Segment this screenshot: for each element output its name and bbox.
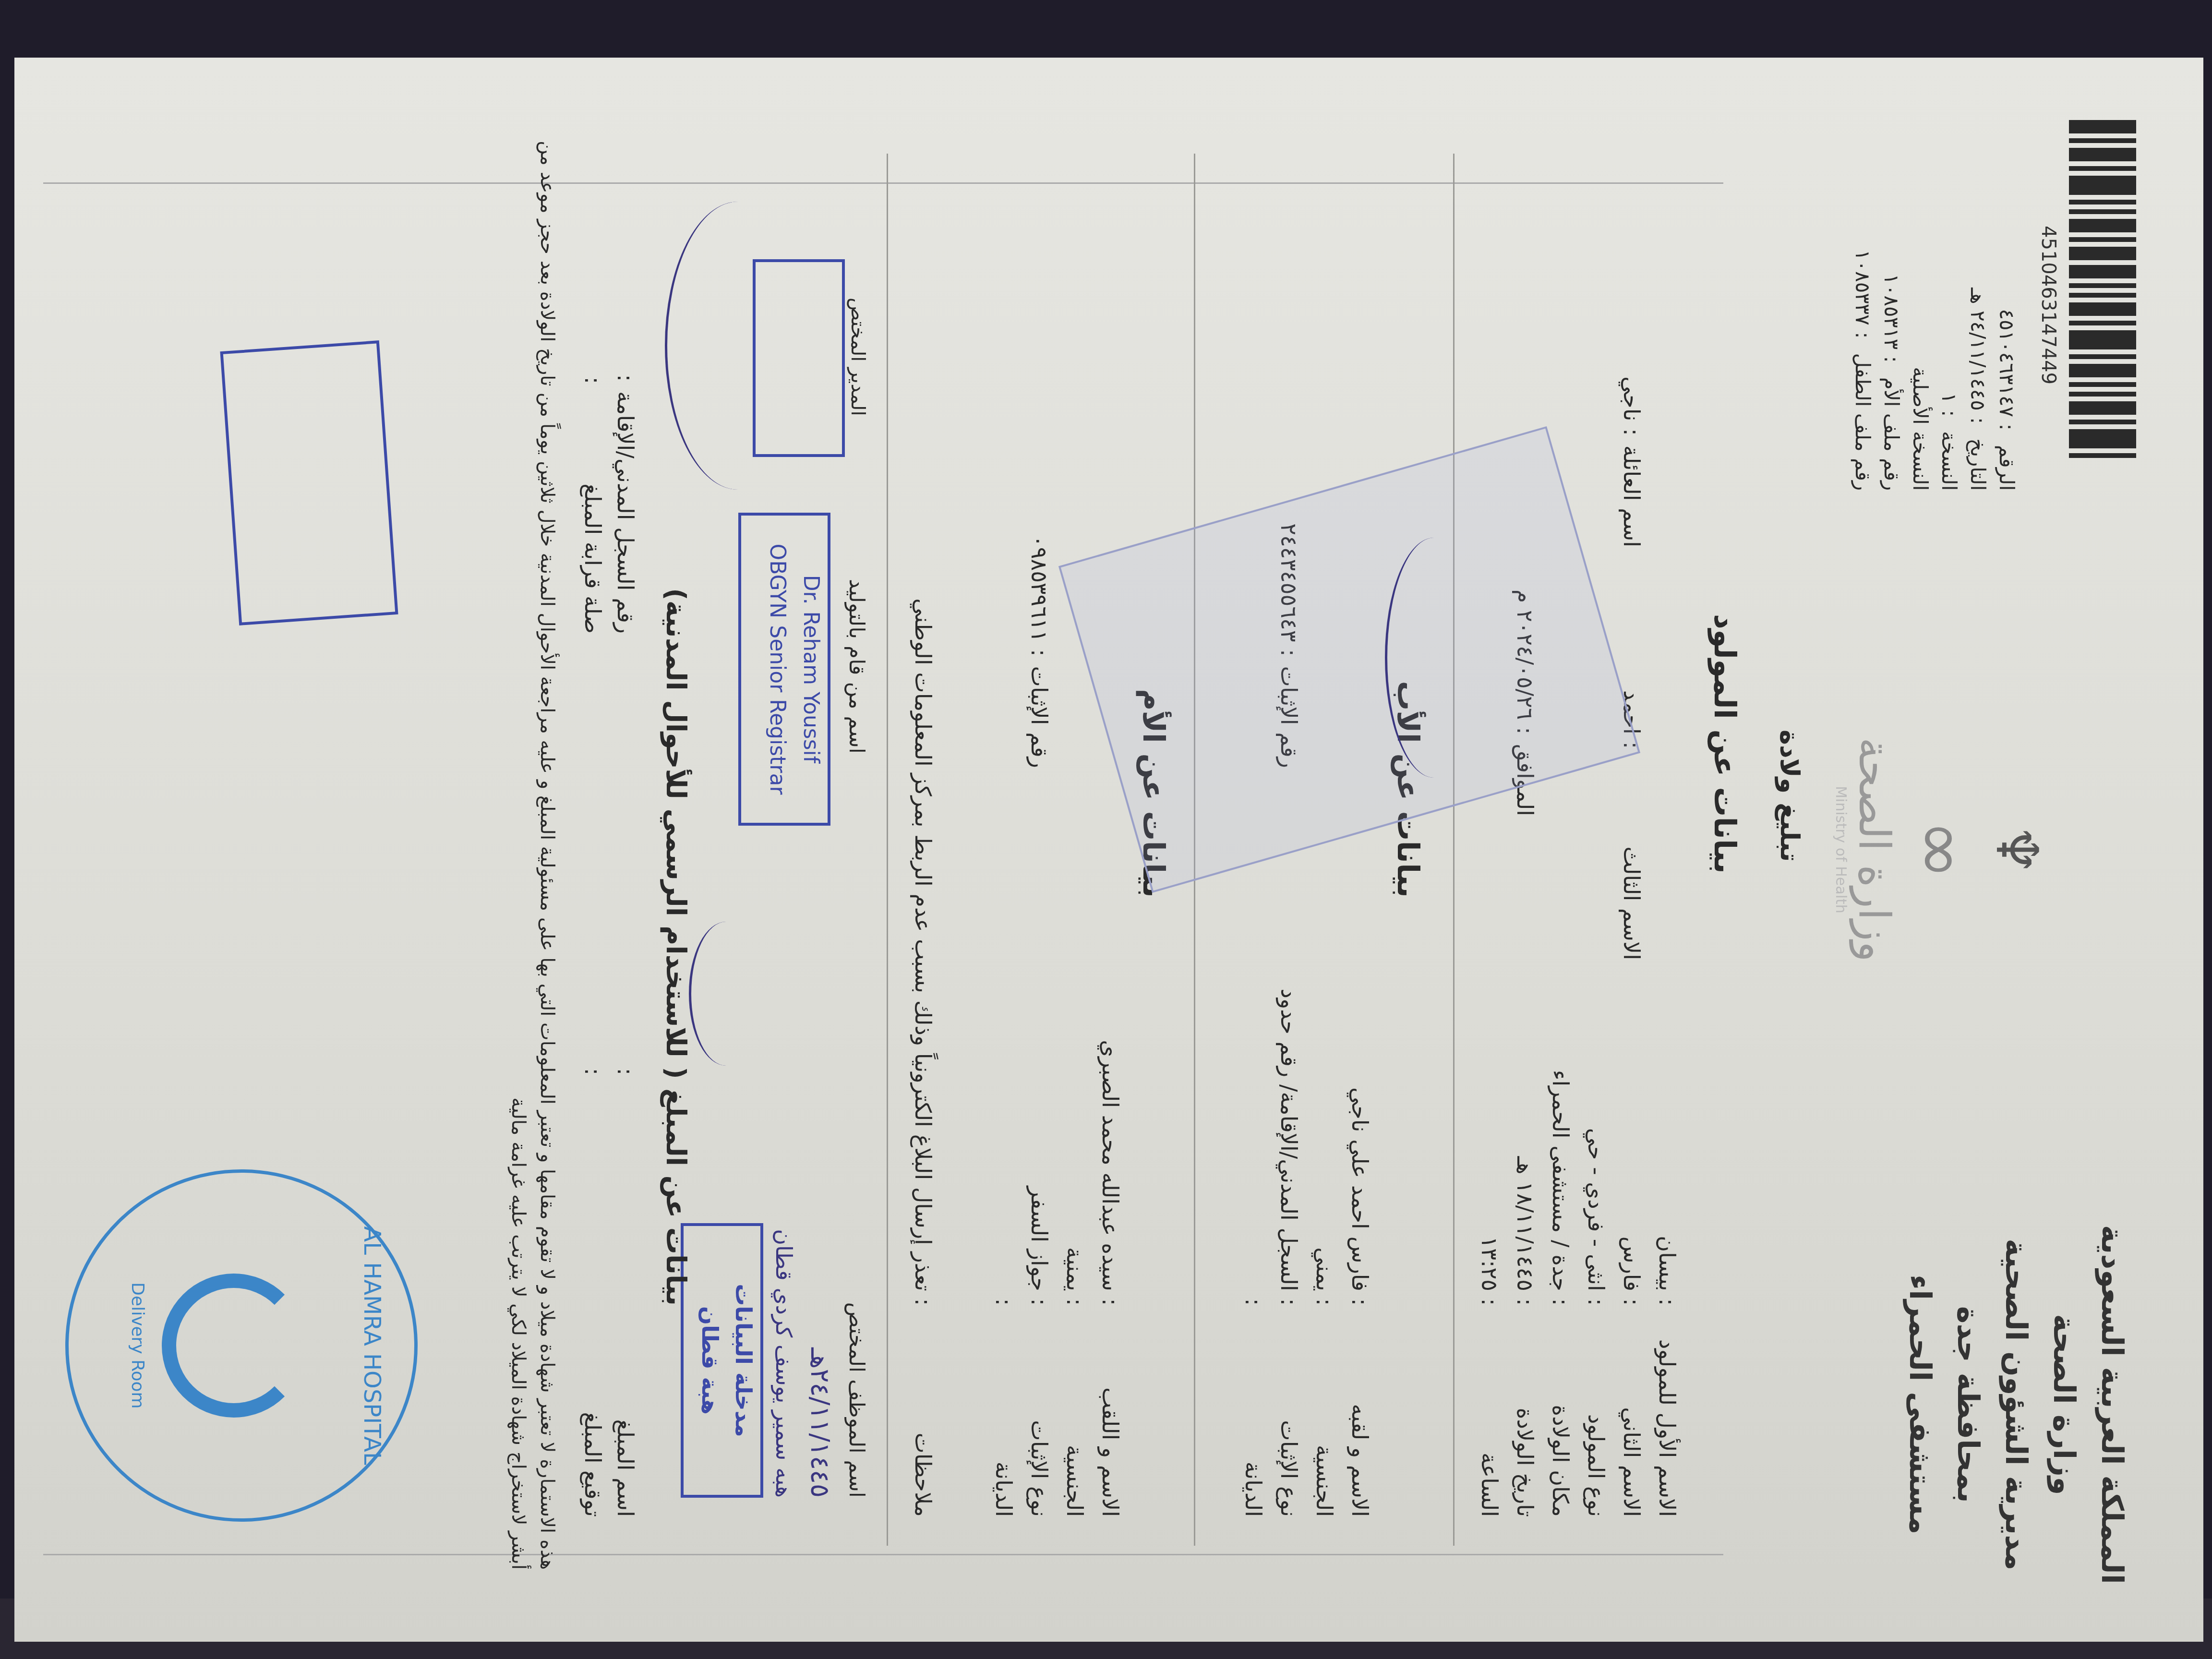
newborn-fields: الاسم الأول للمولود: بيسان الاسم الثاني:… (1477, 173, 1680, 1517)
handwritten-signature (665, 202, 811, 490)
newborn-section-title: بيانات عن المولود (1707, 614, 1743, 874)
director-label: المدير المختص (847, 298, 869, 416)
employee-label: اسم الموظف المختص (844, 1302, 869, 1498)
document-meta: الرقم: ٤٥١٠٤٦٣١٤٧ التاريخ: ٢٤/١١/١٤٤٥ هـ… (1848, 250, 2021, 491)
deliverer-label: اسم من قام بالتوليد (844, 579, 869, 754)
barcode-number: 4510463147449 (2037, 226, 2059, 385)
footer-disclaimer: هذه الاستمارة لا تعتبر شهادة ميلاد و لا … (504, 130, 562, 1570)
header-line: مديرية الشؤون الصحية (1992, 1225, 2040, 1584)
reporter-fields: اسم المبلغ:رقم السجل المدني/الإقامة: توق… (580, 173, 638, 1517)
seal-crescent-icon (162, 1274, 306, 1418)
header-line: المملكة العربية السعودية (2088, 1225, 2136, 1584)
hospital-seal: AL HAMRA HOSPITAL Delivery Room (65, 1169, 418, 1522)
birth-notification-form: المملكة العربية السعودية وزارة الصحة مدي… (14, 58, 2203, 1642)
handwritten-employee-name: هبه سمير يوسف كردي قطان (771, 1229, 797, 1498)
document-photo: المملكة العربية السعودية وزارة الصحة مدي… (14, 58, 2203, 1642)
moh-infinity-mark-icon: ∞ (1899, 634, 1983, 1066)
header-line: مستشفى الحمراء (1896, 1225, 1944, 1584)
handwritten-signature (689, 922, 763, 1066)
reporter-section-title: بيانات عن المبلغ ( للاستخدام الرسمي للأح… (660, 588, 691, 1306)
header-line: بمحافظة جدة (1944, 1225, 1992, 1584)
official-stamp (220, 340, 398, 625)
moh-logo: ♆ ∞ وزارة الصحة Ministry of Health (1877, 634, 2050, 1066)
header-line: وزارة الصحة (2040, 1225, 2088, 1584)
section-divider (887, 154, 888, 1546)
right-rule (43, 1554, 1723, 1555)
section-divider (1453, 154, 1455, 1546)
mother-fields: الاسم و اللقب: سيده عبدالله محمد الصبري … (991, 173, 1123, 1517)
ministry-header: المملكة العربية السعودية وزارة الصحة مدي… (1896, 1225, 2136, 1584)
handwritten-signature (1385, 538, 1483, 778)
left-rule (43, 182, 1723, 184)
data-entry-stamp: مدخلة البيانات هبة قطان (681, 1223, 763, 1498)
handwritten-date: ٢٤/١١/١٤٤٥هـ (805, 1347, 835, 1498)
document-title: تبليغ ولادة (1775, 730, 1805, 862)
barcode (2069, 120, 2136, 600)
palm-swords-emblem-icon: ♆ (1983, 634, 2050, 1066)
doctor-stamp: Dr. Reham Youssif OBGYN Senior Registrar (738, 513, 830, 826)
notes-row: ملاحظات: تعذر إرسال البلاغ الكترونياً وذ… (910, 125, 936, 1517)
